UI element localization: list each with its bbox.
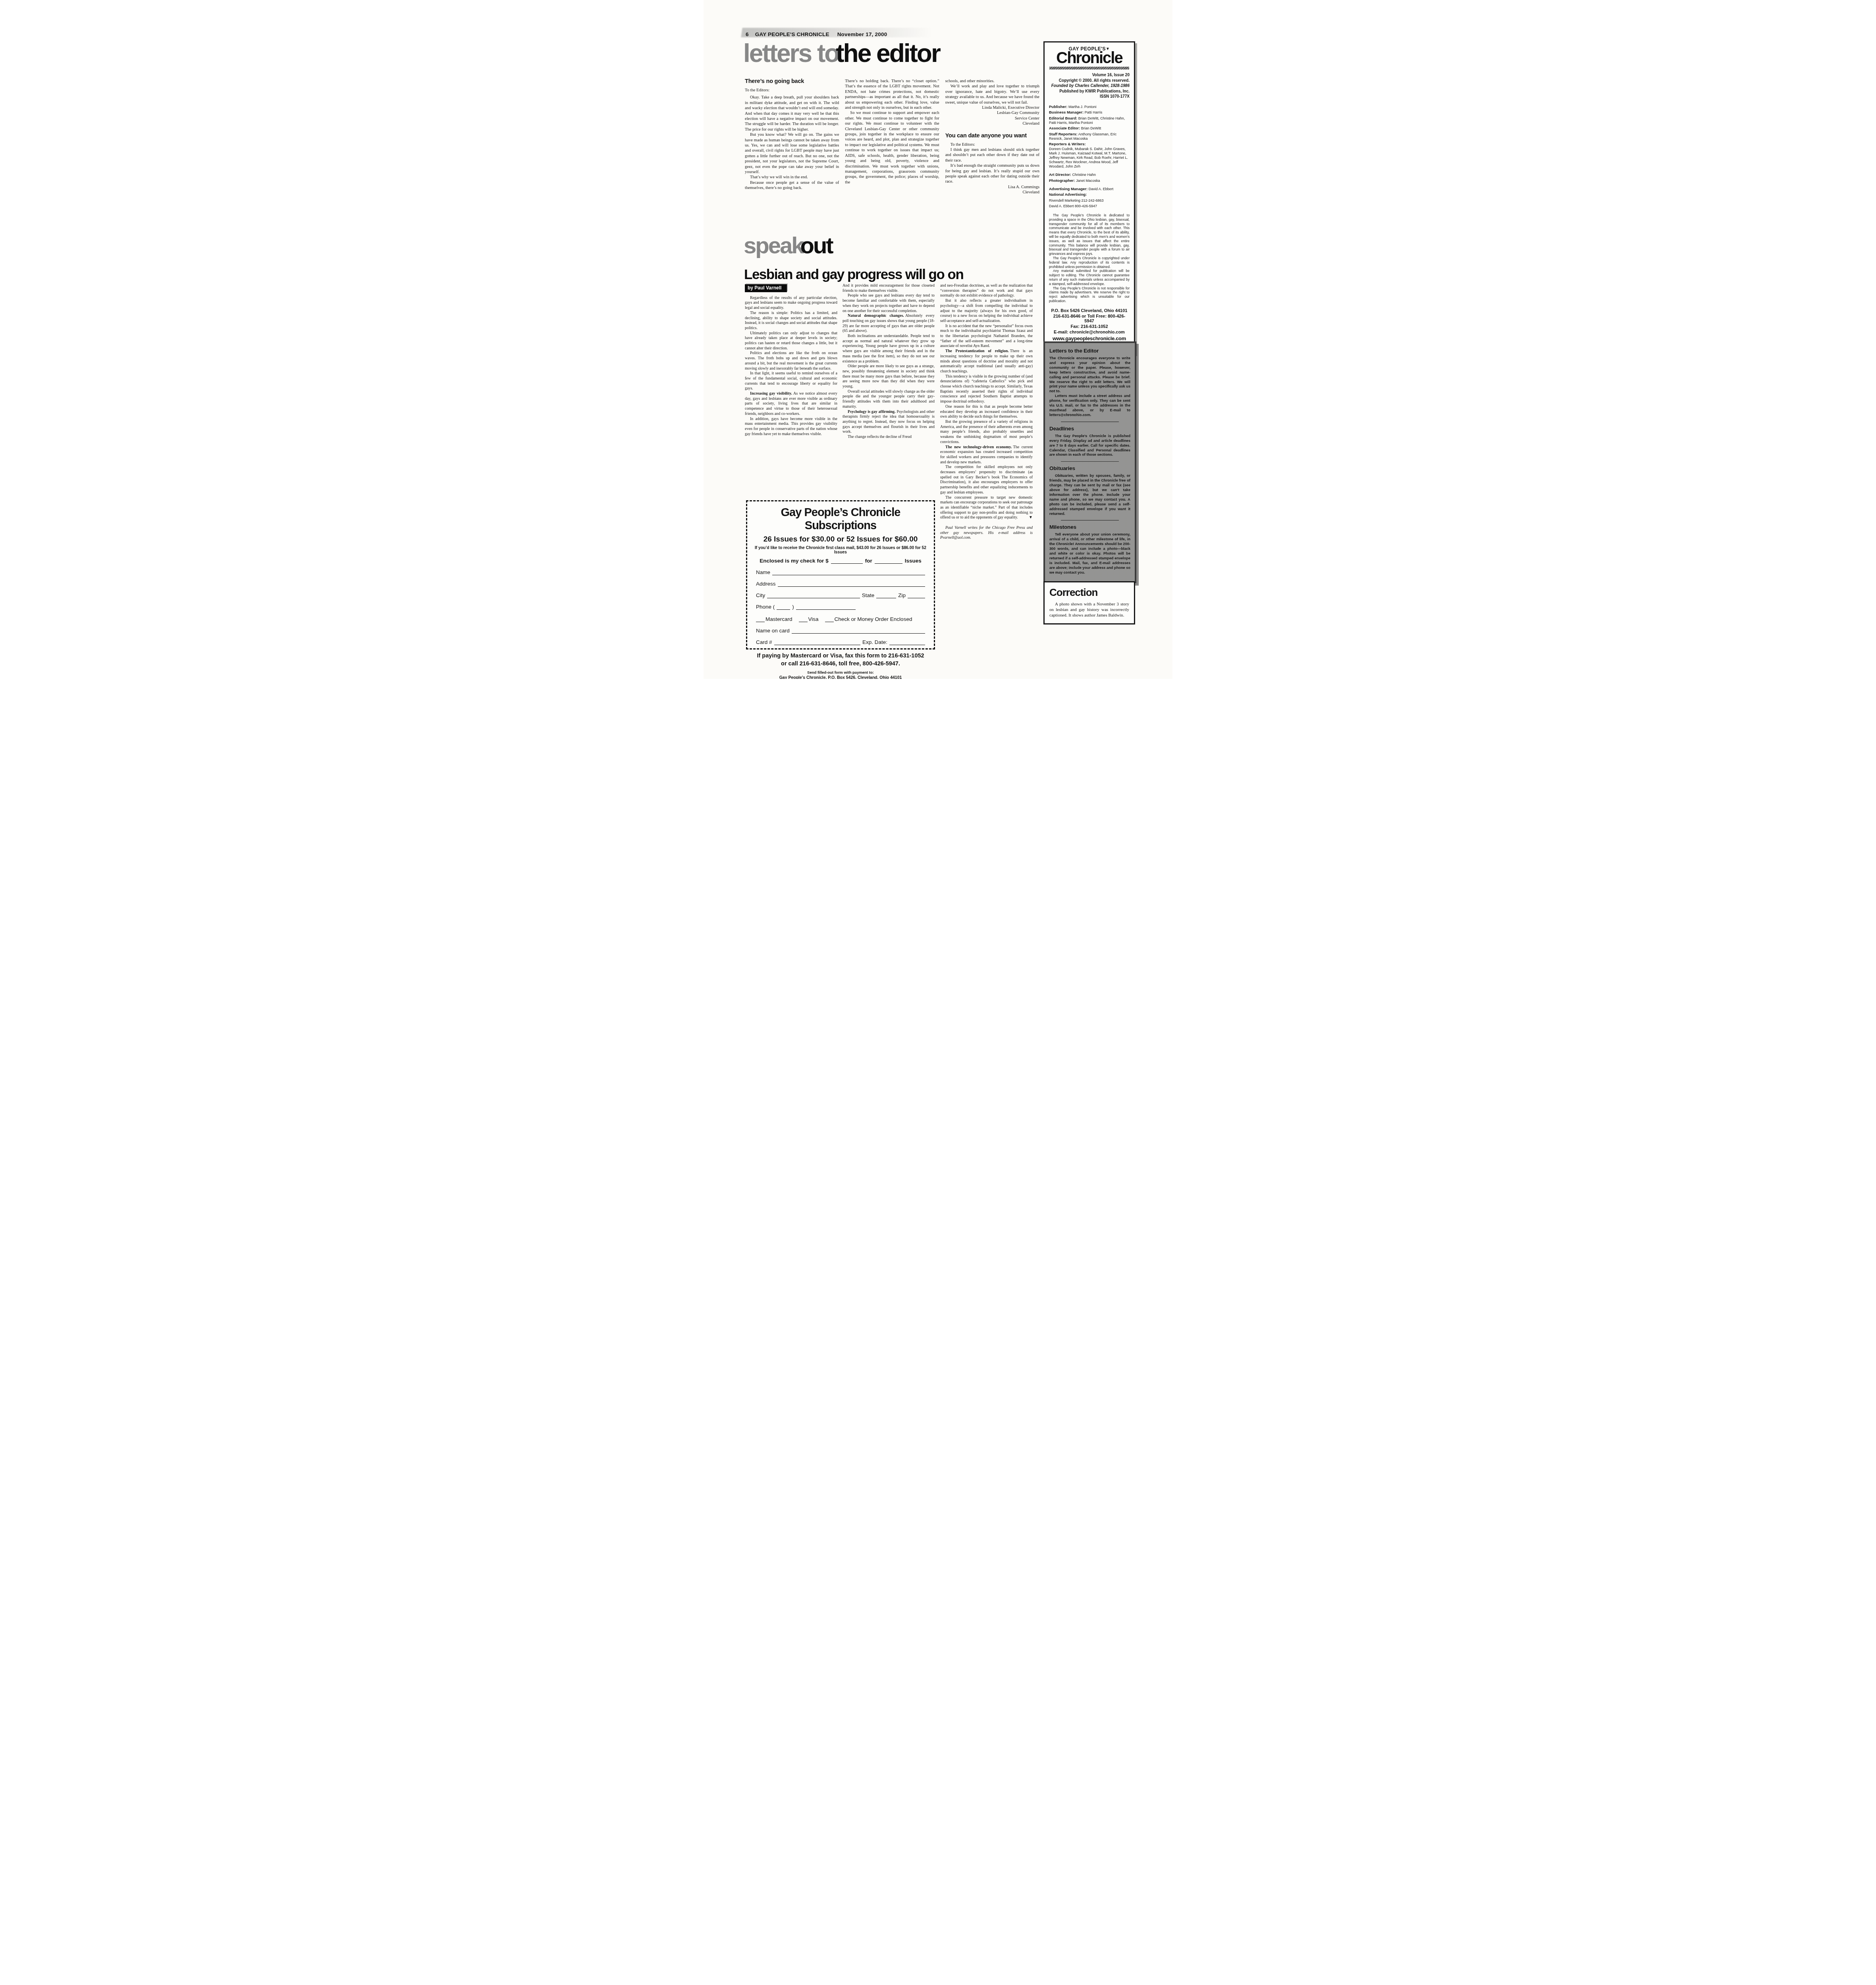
visa-checkbox-blank: [799, 617, 808, 622]
fax-instruction-line-1: If paying by Mastercard or Visa, fax thi…: [754, 652, 927, 660]
payment-method-row: Mastercard Visa Check or Money Order Enc…: [756, 616, 925, 622]
article-paragraph: One reason for this is that as people be…: [940, 405, 1033, 420]
article-paragraph: The change reflects the decline of Freud: [843, 435, 935, 440]
letter-paragraph: So we must continue to support and empow…: [845, 110, 939, 185]
page-number: 6: [746, 31, 749, 37]
notices-milestones-paragraph: Tell everyone about your union ceremony,…: [1049, 532, 1130, 575]
letter-paragraph: Because once people get a sense of the v…: [745, 180, 839, 191]
article-paragraph: And it provides mild encouragement for t…: [843, 283, 935, 293]
article-column-1: by Paul Varnell Regardless of the result…: [745, 284, 837, 437]
letters-title-light: letters to: [743, 39, 839, 67]
article-paragraph: Ultimately politics can only adjust to c…: [745, 331, 837, 351]
issue-date: November 17, 2000: [837, 31, 887, 37]
phone-label: Phone (: [756, 604, 775, 610]
letter-paragraph: That’s why we will win in the end.: [745, 175, 839, 180]
coupon-title: Gay People’s Chronicle Subscriptions: [754, 506, 927, 532]
city-blank: [767, 594, 860, 598]
check-label: Check or Money Order Enclosed: [835, 616, 912, 622]
mastercard-option: Mastercard: [756, 616, 792, 622]
letter-paragraph: We’ll work and play and love together to…: [945, 84, 1039, 105]
staff-line: Associate Editor: Brian DeWitt: [1049, 126, 1130, 131]
article-paragraph: Paul Varnell writes for the Chicago Free…: [940, 526, 1033, 541]
letter-paragraph: I think gay men and lesbians should stic…: [945, 147, 1039, 163]
article-column-3: and neo-Freudian doctrines, as well as t…: [940, 283, 1033, 541]
article-paragraph: In addition, gays have become more visib…: [745, 417, 837, 437]
zip-blank: [908, 594, 925, 598]
article-body-2: And it provides mild encouragement for t…: [843, 283, 935, 440]
subscription-coupon: Gay People’s Chronicle Subscriptions 26 …: [746, 500, 935, 649]
article-paragraph: Overall social attitudes will slowly cha…: [843, 389, 935, 410]
community-notices-box: Letters to the Editor The Chronicle enco…: [1043, 341, 1136, 583]
masthead-box: GAY PEOPLE'S▼ Chronicle Volume 16, Issue…: [1043, 41, 1135, 354]
mastercard-checkbox-blank: [756, 617, 765, 622]
letters-title-dark: the editor: [836, 39, 940, 67]
article-paragraph: and neo-Freudian doctrines, as well as t…: [940, 283, 1033, 299]
notices-obituaries-heading: Obituaries: [1049, 465, 1130, 471]
publication-info-line: Volume 16, Issue 20: [1049, 73, 1130, 78]
zip-label: Zip: [898, 592, 906, 598]
coupon-check-line: Enclosed is my check for $ for Issues: [755, 558, 926, 564]
letter-paragraph: Cleveland: [945, 190, 1039, 195]
speakout-section-title: speakout: [744, 234, 833, 257]
name-on-card-row: Name on card: [756, 628, 925, 634]
article-paragraph: Regardless of the results of any particu…: [745, 296, 837, 311]
card-number-row: Card # Exp. Date:: [756, 639, 925, 645]
notices-deadlines-heading: Deadlines: [1049, 426, 1130, 432]
article-paragraph: The reason is simple: Politics has a lim…: [745, 311, 837, 331]
article-paragraph: The Protestantization of religion.There …: [940, 349, 1033, 374]
name-on-card-label: Name on card: [756, 628, 790, 634]
address-row: Address: [756, 581, 925, 587]
article-paragraph: This tendency is visible in the growing …: [940, 374, 1033, 405]
send-form-address: Gay People’s Chronicle, P.O. Box 5426, C…: [754, 675, 927, 679]
publication-info: Volume 16, Issue 20Copyright © 2000. All…: [1049, 73, 1130, 100]
article-paragraph: Increasing gay visibility.As we notice a…: [745, 391, 837, 417]
letter-column-2: There’s no holding back. There’s no “clo…: [845, 79, 939, 195]
issue-count-blank: [875, 559, 902, 564]
article-paragraph: But the growing presence of a variety of…: [940, 420, 1033, 445]
newspaper-page: 6GAY PEOPLE'S CHRONICLENovember 17, 2000…: [704, 0, 1172, 679]
staff-line: Reporters & Writers: Doreen Cudnik, Muba…: [1049, 142, 1130, 169]
article-headline: Lesbian and gay progress will go on: [744, 268, 1043, 282]
article-paragraph: The new technology-driven economy.The cu…: [940, 445, 1033, 465]
letter-paragraph: But you know what? We will go on. The ga…: [745, 132, 839, 175]
masthead-logo-name: Chronicle: [1049, 50, 1130, 66]
letter-body: Okay. Take a deep breath, pull your shou…: [745, 95, 839, 191]
article-paragraph: Older people are more likely to see gays…: [843, 364, 935, 389]
letter-paragraph: To the Editors:: [945, 142, 1039, 147]
staff-line: Publisher: Martha J. Pontoni: [1049, 105, 1130, 109]
article-paragraph: In that light, it seems useful to remind…: [745, 371, 837, 391]
byline-box: by Paul Varnell: [745, 284, 787, 292]
for-label: for: [865, 558, 872, 564]
card-number-blank: [774, 640, 860, 645]
coupon-prices: 26 Issues for $30.00 or 52 Issues for $6…: [754, 535, 927, 544]
contact-line: 216-631-8646 or Toll Free: 800-426-5947: [1049, 314, 1130, 324]
staff-line: National Advertising:: [1049, 193, 1130, 197]
staff-line: Art Director: Christine Hahn: [1049, 173, 1130, 177]
letter-body-and-second-letter: schools, and other minorities.We’ll work…: [945, 79, 1039, 195]
mission-paragraph: The Gay People’s Chronicle is not respon…: [1049, 286, 1130, 303]
letter-paragraph: schools, and other minorities.: [945, 79, 1039, 84]
staff-line: Business Manager: Patti Harris: [1049, 110, 1130, 115]
article-paragraph: Politics and elections are like the frot…: [745, 351, 837, 371]
letter-paragraph: Lisa A. Cummings: [945, 185, 1039, 190]
article-body-3: and neo-Freudian doctrines, as well as t…: [940, 283, 1033, 541]
publication-info-line: Founded by Charles Callender, 1928-1986: [1049, 83, 1130, 89]
visa-option: Visa: [799, 616, 819, 622]
notices-letters-heading: Letters to the Editor: [1049, 348, 1130, 354]
page-header: 6GAY PEOPLE'S CHRONICLENovember 17, 2000: [746, 31, 887, 37]
article-body-1: Regardless of the results of any particu…: [745, 296, 837, 437]
letter-paragraph: Service Center: [945, 116, 1039, 121]
letter-paragraph: Linda Malicki, Executive Director: [945, 105, 1039, 110]
notices-divider: [1061, 461, 1119, 462]
check-option: Check or Money Order Enclosed: [825, 616, 912, 622]
staff-line: Advertising Manager: David A. Ebbert: [1049, 187, 1130, 191]
address-blank: [778, 582, 925, 587]
area-code-blank: [777, 605, 790, 610]
city-state-zip-row: City State Zip: [756, 592, 925, 598]
name-row: Name: [756, 569, 925, 575]
contact-line: www.gaypeopleschronicle.com: [1049, 335, 1130, 341]
staff-line: Photographer: Janet Macoska: [1049, 179, 1130, 183]
letter-paragraph: Okay. Take a deep breath, pull your shou…: [745, 95, 839, 132]
staff-line: David A. Ebbert 800-426-5947: [1049, 204, 1130, 208]
staff-line: Rivendell Marketing 212-242-6863: [1049, 198, 1130, 203]
publication-info-line: Published by KWIR Publications, Inc.: [1049, 89, 1130, 94]
name-on-card-blank: [792, 629, 925, 634]
speakout-title-dark: out: [800, 233, 832, 258]
notices-letters-paragraph-1: The Chronicle encourages everyone to wri…: [1049, 356, 1130, 394]
article-paragraph: It is no accident that the new “personal…: [940, 324, 1033, 349]
city-label: City: [756, 592, 765, 598]
staff-line: Editorial Board: Brian DeWitt, Christine…: [1049, 116, 1130, 125]
letter-column-1: There’s no going back To the Editors: Ok…: [745, 79, 839, 195]
letter-paragraph: Cleveland: [945, 121, 1039, 126]
issues-label: Issues: [905, 558, 922, 564]
article-paragraph: People who see gays and lesbians every d…: [843, 293, 935, 314]
publication-info-line: ISSN 1070-177X: [1049, 94, 1130, 100]
correction-title: Correction: [1049, 586, 1129, 599]
check-checkbox-blank: [825, 617, 834, 622]
letters-columns: There’s no going back To the Editors: Ok…: [745, 79, 1039, 195]
article-paragraph: Natural demographic changes.Absolutely e…: [843, 314, 935, 334]
coupon-first-class-note: If you’d like to receive the Chronicle f…: [754, 546, 927, 555]
masthead-logo: GAY PEOPLE'S▼ Chronicle: [1049, 46, 1130, 69]
publication-name: GAY PEOPLE'S CHRONICLE: [755, 31, 829, 37]
article-paragraph: But it also reflects a greater individua…: [940, 299, 1033, 324]
visa-label: Visa: [808, 616, 819, 622]
mission-paragraph: Any material submitted for publication w…: [1049, 269, 1130, 286]
correction-box: Correction A photo shown with a November…: [1043, 581, 1135, 624]
article-paragraph: Both inclinations are understandable. Pe…: [843, 334, 935, 364]
contact-line: Fax: 216-631-1052: [1049, 324, 1130, 329]
notices-letters-paragraph-2: Letters must include a street address an…: [1049, 394, 1130, 418]
staff-list: Publisher: Martha J. PontoniBusiness Man…: [1049, 105, 1130, 209]
article-paragraph: Psychology is gay affirming.Psychologist…: [843, 410, 935, 435]
contact-line: E-mail: chronicle@chronohio.com: [1049, 330, 1130, 335]
fax-instruction-line-2: or call 216-631-8646, toll free, 800-426…: [754, 660, 927, 668]
card-number-label: Card #: [756, 639, 772, 645]
correction-body: A photo shown with a November 3 story on…: [1049, 601, 1129, 618]
mastercard-label: Mastercard: [765, 616, 792, 622]
staff-line: Staff Reporters: Anthony Glassman, Eric …: [1049, 132, 1130, 141]
letter-body-continued: There’s no holding back. There’s no “clo…: [845, 79, 939, 185]
name-blank: [772, 570, 925, 575]
notices-milestones-heading: Milestones: [1049, 524, 1130, 530]
masthead-logo-underline: [1049, 67, 1129, 69]
notices-divider: [1061, 422, 1119, 422]
letter-paragraph: It’s bad enough the straight community p…: [945, 163, 1039, 185]
exp-date-label: Exp. Date:: [862, 639, 887, 645]
mission-statement: The Gay People’s Chronicle is dedicated …: [1049, 213, 1130, 303]
notices-obituaries-paragraph: Obituaries, written by spouses, family, …: [1049, 474, 1130, 516]
letter-paragraph: Lesbian-Gay Community: [945, 110, 1039, 116]
notices-divider: [1061, 520, 1119, 520]
amount-blank: [831, 559, 863, 564]
state-label: State: [862, 592, 875, 598]
letters-section-title: letters tothe editor: [743, 40, 940, 66]
letter-column-3: schools, and other minorities.We’ll work…: [945, 79, 1039, 195]
enclosed-label: Enclosed is my check for $: [760, 558, 828, 564]
publication-info-line: Copyright © 2000. All rights reserved.: [1049, 78, 1130, 84]
letter-heading-no-going-back: There’s no going back: [745, 79, 839, 85]
article-paragraph: The competition for skilled employees no…: [940, 465, 1033, 495]
phone-blank: [796, 605, 856, 610]
article-column-2: And it provides mild encouragement for t…: [843, 283, 935, 440]
name-label: Name: [756, 569, 770, 575]
notices-deadlines-paragraph: The Gay People’s Chronicle is published …: [1049, 434, 1130, 458]
letter-salutation: To the Editors:: [745, 88, 839, 93]
speakout-title-light: speak: [744, 233, 803, 258]
letter-paragraph: You can date anyone you want: [945, 133, 1039, 139]
contact-line: P.O. Box 5426 Cleveland, Ohio 44101: [1049, 308, 1130, 313]
letter-paragraph: There’s no holding back. There’s no “clo…: [845, 79, 939, 110]
mission-paragraph: The Gay People’s Chronicle is copyrighte…: [1049, 256, 1130, 269]
send-form-note: Send filled-out form with payment to:: [754, 671, 927, 675]
phone-row: Phone ( ): [756, 604, 925, 610]
state-blank: [876, 594, 896, 598]
address-label: Address: [756, 581, 776, 587]
exp-date-blank: [889, 640, 925, 645]
phone-paren-close: ): [792, 604, 794, 610]
mission-paragraph: The Gay People’s Chronicle is dedicated …: [1049, 213, 1130, 256]
